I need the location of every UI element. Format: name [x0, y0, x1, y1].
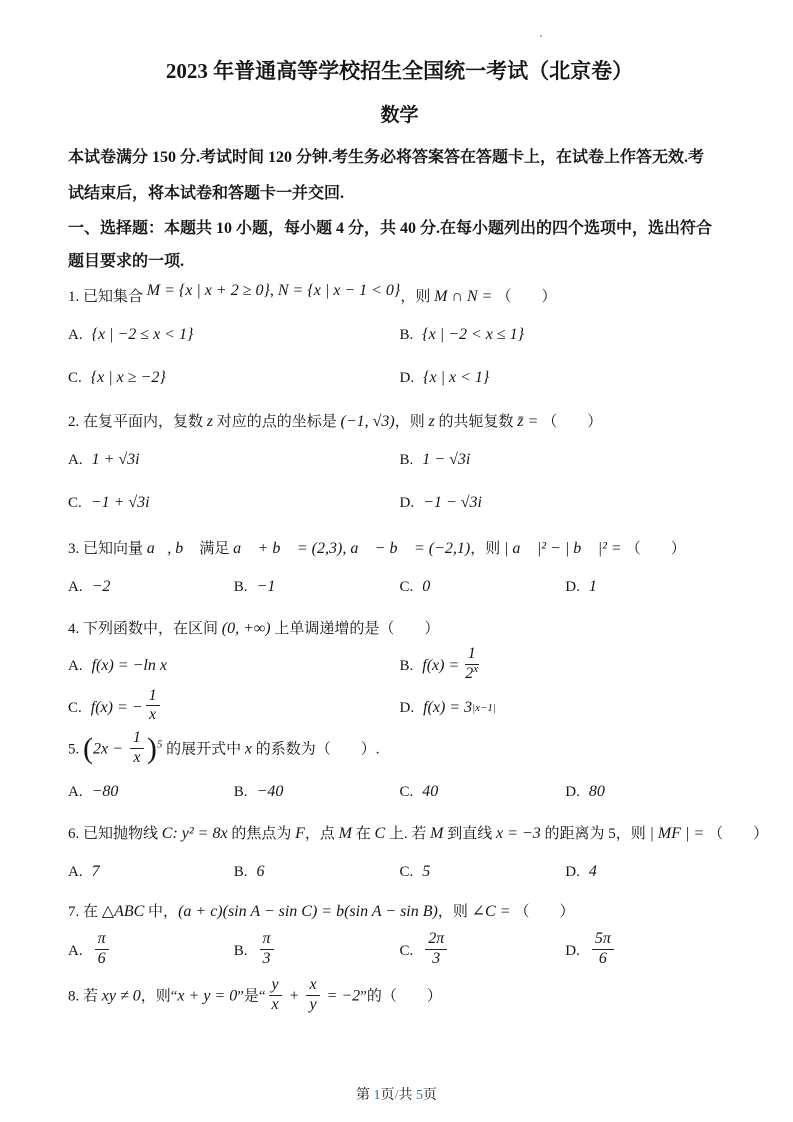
text-run: 上. 若 — [385, 826, 430, 842]
fraction-denominator: x — [269, 996, 282, 1014]
math-run: 5π — [595, 930, 611, 947]
option-content: {x | x < 1} — [423, 363, 489, 393]
option-label: D. — [565, 777, 580, 807]
option-label: C. — [68, 488, 82, 518]
math-run: x — [245, 741, 252, 758]
math-run: x — [309, 976, 316, 993]
option-content: 6 — [257, 857, 265, 887]
math-run: 3 — [263, 950, 271, 967]
text-run: ，则 — [470, 541, 504, 557]
fraction-denominator: x — [146, 706, 159, 724]
instructions: 本试卷满分 150 分.考试时间 120 分钟.考生务必将答案答在答题卡上，在试… — [68, 140, 731, 212]
math-run: 1 — [468, 645, 476, 662]
option-content: 2π3 — [422, 933, 450, 970]
page-title: 2023 年普通高等学校招生全国统一考试（北京卷） — [68, 58, 731, 85]
math-run: 80 — [589, 777, 605, 807]
fraction-denominator: 2x — [462, 665, 481, 683]
fraction: yx — [269, 977, 282, 1014]
fraction-denominator: x — [130, 749, 143, 767]
option-content: 1 — [589, 572, 597, 602]
math-run: (−1, √3) — [341, 413, 395, 430]
text-run: ”是“ — [237, 989, 265, 1005]
math-run: −40 — [257, 777, 284, 807]
option-label: B. — [234, 936, 248, 966]
option: A.{x | −2 ≤ x < 1} — [68, 320, 400, 350]
math-run: x — [272, 996, 279, 1013]
fraction: 12x — [462, 646, 481, 683]
option-content: 7 — [92, 857, 100, 887]
stray-dot — [540, 35, 542, 37]
section-line-1: 一、选择题：本题共 10 小题，每小题 4 分，共 40 分.在每小题列出的四个… — [68, 212, 731, 245]
option-content: 0 — [422, 572, 430, 602]
footer-part-0: 第 — [356, 1088, 374, 1103]
options-grid: A.π6B.π3C.2π3D.5π6 — [68, 933, 731, 970]
option-label: C. — [68, 363, 82, 393]
text-run: 到直线 — [443, 826, 496, 842]
math-run: + — [285, 988, 304, 1005]
fraction-denominator: 3 — [429, 950, 443, 968]
text-run: 3. 已知向量 — [68, 541, 147, 557]
option-content: −1 + √3i — [91, 488, 150, 518]
text-run: ，则 — [400, 289, 434, 305]
option-label: C. — [400, 936, 414, 966]
fraction-numerator: x — [306, 977, 319, 996]
text-run: 4. 下列函数中，在区间 — [68, 621, 222, 637]
text-run: 的共轭复数 — [435, 414, 518, 430]
math-run: f(x) = 3 — [423, 693, 472, 723]
question-stem: 6. 已知抛物线 C: y² = 8x 的焦点为 F，点 M 在 C 上. 若 … — [68, 819, 731, 849]
option: B.π3 — [234, 933, 400, 970]
option-label: B. — [400, 651, 414, 681]
math-run: 2π — [428, 930, 444, 947]
math-run: △ABC — [102, 903, 145, 920]
math-run: {x | −2 < x ≤ 1} — [422, 320, 524, 350]
option: B.f(x) = 12x — [400, 648, 732, 685]
fraction-numerator: 1 — [130, 730, 144, 749]
question-stem: 3. 已知向量 a⃗, b⃗ 满足 a⃗ + b⃗ = (2,3), a⃗ − … — [68, 534, 731, 564]
math-run: f(x) = − — [91, 693, 143, 723]
document-body: { "page": { "title": "2023 年普通高等学校招生全国统一… — [0, 0, 793, 1122]
footer-part-6: 页 — [423, 1088, 437, 1103]
fraction: xy — [306, 977, 319, 1014]
page-subtitle: 数学 — [68, 103, 731, 128]
options-grid: A.f(x) = −ln xB.f(x) = 12xC.f(x) = −1xD.… — [68, 648, 731, 726]
fraction-numerator: π — [95, 931, 109, 950]
math-run: C — [374, 825, 385, 842]
text-run: （ ） — [708, 826, 768, 842]
math-run: 6 — [98, 950, 106, 967]
math-run: M — [430, 825, 443, 842]
options-grid: A.−80B.−40C.40D.80 — [68, 777, 731, 807]
math-run: y — [272, 976, 279, 993]
math-run: a⃗ + b⃗ = (2,3), a⃗ − b⃗ = (−2,1) — [233, 540, 470, 557]
math-run: π — [98, 930, 106, 947]
question-stem: 8. 若 xy ≠ 0，则“x + y = 0”是“yx + xy = −2”的… — [68, 979, 731, 1016]
question-2: 2. 在复平面内，复数 z 对应的点的坐标是 (−1, √3)，则 z 的共轭复… — [68, 407, 731, 518]
question-stem: 1. 已知集合 M = {x | x + 2 ≥ 0}, N = {x | x … — [68, 282, 731, 312]
math-run: 40 — [422, 777, 438, 807]
text-run: （ ） — [626, 541, 686, 557]
option-content: −1 — [257, 572, 276, 602]
option-label: C. — [400, 777, 414, 807]
option: C.−1 + √3i — [68, 488, 400, 518]
option-label: D. — [400, 363, 415, 393]
math-run: π — [263, 930, 271, 947]
question-stem: 7. 在 △ABC 中，(a + c)(sin A − sin C) = b(s… — [68, 897, 731, 927]
math-run: 7 — [92, 857, 100, 887]
option-label: A. — [68, 777, 83, 807]
text-run: （ ） — [514, 904, 574, 920]
options-grid: A.−2B.−1C.0D.1 — [68, 572, 731, 602]
option-content: −1 − √3i — [423, 488, 482, 518]
math-run: 1 — [589, 572, 597, 602]
math-run: 2x − — [93, 741, 127, 758]
option-content: −2 — [92, 572, 111, 602]
option-label: B. — [400, 445, 414, 475]
option: A.7 — [68, 857, 234, 887]
option-label: A. — [68, 572, 83, 602]
fraction-denominator: 6 — [596, 950, 610, 968]
option: B.1 − √3i — [400, 445, 732, 475]
exam-page: 2023 年普通高等学校招生全国统一考试（北京卷） 数学 本试卷满分 150 分… — [0, 0, 793, 1016]
text-run: 在 — [352, 826, 375, 842]
fraction-numerator: 1 — [465, 646, 479, 665]
option-content: π6 — [92, 933, 112, 970]
text-run: 中， — [144, 904, 178, 920]
text-run: 的系数为（ ）. — [252, 742, 380, 758]
math-run: z̄ = — [517, 413, 542, 430]
text-run: 7. 在 — [68, 904, 102, 920]
text-run: 满足 — [196, 541, 234, 557]
text-run: （ ） — [542, 414, 602, 430]
option: A.1 + √3i — [68, 445, 400, 475]
text-run: 对应的点的坐标是 — [213, 414, 341, 430]
fraction: π3 — [260, 931, 274, 968]
option: D.f(x) = 3|x−1| — [400, 690, 732, 727]
math-run: M ∩ N = — [434, 288, 496, 305]
option-label: A. — [68, 651, 83, 681]
option-label: B. — [234, 777, 248, 807]
fraction-denominator: 3 — [260, 950, 274, 968]
option: D.80 — [565, 777, 731, 807]
option-label: D. — [400, 693, 415, 723]
instructions-line-1: 本试卷满分 150 分.考试时间 120 分钟.考生务必将答案答在答题卡上，在试… — [68, 140, 731, 176]
text-run: ，则 — [438, 904, 472, 920]
math-run: (0, +∞) — [222, 620, 271, 637]
math-run: {x | x ≥ −2} — [91, 363, 166, 393]
options-grid: A.{x | −2 ≤ x < 1}B.{x | −2 < x ≤ 1}C.{x… — [68, 320, 731, 393]
math-run: −1 — [257, 572, 276, 602]
math-run: x — [133, 749, 140, 766]
section-line-2: 题目要求的一项. — [68, 245, 731, 278]
text-run: 8. 若 — [68, 989, 102, 1005]
option: D.−1 − √3i — [400, 488, 732, 518]
option: D.1 — [565, 572, 731, 602]
option-content: 4 — [589, 857, 597, 887]
section-heading: 一、选择题：本题共 10 小题，每小题 4 分，共 40 分.在每小题列出的四个… — [68, 212, 731, 278]
math-run: | a⃗ |² − | b⃗ |² = — [504, 540, 626, 557]
instructions-line-2: 试结束后，将本试卷和答题卡一并交回. — [68, 176, 731, 212]
option-content: f(x) = 3|x−1| — [423, 693, 496, 723]
option-content: 5π6 — [589, 933, 617, 970]
option-content: f(x) = −ln x — [92, 651, 167, 681]
math-run: x — [149, 706, 156, 723]
math-run: F — [295, 825, 305, 842]
math-run: 4 — [589, 857, 597, 887]
text-run: ，则 — [395, 414, 429, 430]
option-content: 40 — [422, 777, 438, 807]
question-7: 7. 在 △ABC 中，(a + c)(sin A − sin C) = b(s… — [68, 897, 731, 970]
question-stem: 4. 下列函数中，在区间 (0, +∞) 上单调递增的是（ ） — [68, 614, 731, 644]
questions: 1. 已知集合 M = {x | x + 2 ≥ 0}, N = {x | x … — [68, 282, 731, 1016]
option-content: 1 + √3i — [92, 445, 140, 475]
question-3: 3. 已知向量 a⃗, b⃗ 满足 a⃗ + b⃗ = (2,3), a⃗ − … — [68, 534, 731, 602]
option: B.6 — [234, 857, 400, 887]
option-content: {x | x ≥ −2} — [91, 363, 166, 393]
text-run: 6. 已知抛物线 — [68, 826, 162, 842]
superscript: x — [473, 663, 478, 675]
option-label: D. — [400, 488, 415, 518]
math-run: C: y² = 8x — [162, 825, 228, 842]
option-label: D. — [565, 936, 580, 966]
option-content: {x | −2 ≤ x < 1} — [92, 320, 194, 350]
option-content: f(x) = −1x — [91, 690, 163, 727]
fraction-denominator: 6 — [95, 950, 109, 968]
math-run: −1 − √3i — [423, 488, 482, 518]
text-run: ，则“ — [141, 989, 178, 1005]
math-run: f(x) = −ln x — [92, 651, 167, 681]
footer-part-5: 5 — [416, 1088, 423, 1103]
option-label: B. — [234, 572, 248, 602]
question-1: 1. 已知集合 M = {x | x + 2 ≥ 0}, N = {x | x … — [68, 282, 731, 393]
math-run: 1 — [149, 687, 157, 704]
text-run: 上单调递增的是（ ） — [271, 621, 440, 637]
question-stem: 2. 在复平面内，复数 z 对应的点的坐标是 (−1, √3)，则 z 的共轭复… — [68, 407, 731, 437]
option-label: C. — [400, 572, 414, 602]
footer-part-4: 共 — [398, 1088, 416, 1103]
option-content: 1 − √3i — [422, 445, 470, 475]
option: D.5π6 — [565, 933, 731, 970]
option: C.2π3 — [400, 933, 566, 970]
fraction: 1x — [146, 688, 160, 725]
option-content: 5 — [422, 857, 430, 887]
question-8: 8. 若 xy ≠ 0，则“x + y = 0”是“yx + xy = −2”的… — [68, 979, 731, 1016]
footer-part-2: 页 — [381, 1088, 395, 1103]
option-label: C. — [68, 693, 82, 723]
option-content: 80 — [589, 777, 605, 807]
fraction: 5π6 — [592, 931, 614, 968]
text-run: 2. 在复平面内，复数 — [68, 414, 207, 430]
options-grid: A.7B.6C.5D.4 — [68, 857, 731, 887]
option-content: {x | −2 < x ≤ 1} — [422, 320, 524, 350]
options-grid: A.1 + √3iB.1 − √3iC.−1 + √3iD.−1 − √3i — [68, 445, 731, 518]
option-label: B. — [234, 857, 248, 887]
option-content: −80 — [92, 777, 119, 807]
option: B.−1 — [234, 572, 400, 602]
math-run: (a + c)(sin A − sin C) = b(sin A − sin B… — [178, 903, 438, 920]
option: B.−40 — [234, 777, 400, 807]
fraction: π6 — [95, 931, 109, 968]
option: C.5 — [400, 857, 566, 887]
option-content: f(x) = 12x — [422, 648, 484, 685]
math-run: −80 — [92, 777, 119, 807]
math-run: xy ≠ 0 — [102, 988, 141, 1005]
option-label: A. — [68, 320, 83, 350]
math-run: ∠C = — [472, 903, 515, 920]
option: C.{x | x ≥ −2} — [68, 363, 400, 393]
math-run: −2 — [92, 572, 111, 602]
question-5: 5. (2x − 1x)5 的展开式中 x 的系数为（ ）.A.−80B.−40… — [68, 732, 731, 807]
text-run: 5. — [68, 742, 83, 758]
math-run: y — [309, 996, 316, 1013]
math-run: M = {x | x + 2 ≥ 0}, N = {x | x − 1 < 0} — [147, 282, 401, 299]
fraction-numerator: 5π — [592, 931, 614, 950]
fraction-numerator: 2π — [425, 931, 447, 950]
option-label: A. — [68, 857, 83, 887]
text-run: ，点 — [305, 826, 339, 842]
math-run: = −2 — [323, 988, 361, 1005]
option: B.{x | −2 < x ≤ 1} — [400, 320, 732, 350]
option: A.−2 — [68, 572, 234, 602]
math-run: 0 — [422, 572, 430, 602]
option-label: D. — [565, 572, 580, 602]
math-run: | MF | = — [649, 825, 708, 842]
math-run: 1 — [133, 729, 141, 746]
option: C.40 — [400, 777, 566, 807]
option: A.π6 — [68, 933, 234, 970]
text-run: 的距离为 5，则 — [541, 826, 650, 842]
math-run: x + y = 0 — [177, 988, 237, 1005]
option-label: D. — [565, 857, 580, 887]
option: A.f(x) = −ln x — [68, 648, 400, 685]
math-run: 1 + √3i — [92, 445, 140, 475]
page-footer: 第 1页/共 5页 — [0, 1087, 793, 1105]
text-run: 1. 已知集合 — [68, 289, 147, 305]
text-run: （ ） — [496, 289, 556, 305]
question-stem: 5. (2x − 1x)5 的展开式中 x 的系数为（ ）. — [68, 732, 731, 769]
text-run: 的焦点为 — [228, 826, 296, 842]
option: C.f(x) = −1x — [68, 690, 400, 727]
fraction-denominator: y — [306, 996, 319, 1014]
fraction-numerator: y — [269, 977, 282, 996]
option-label: C. — [400, 857, 414, 887]
option: A.−80 — [68, 777, 234, 807]
math-run: −1 + √3i — [91, 488, 150, 518]
question-6: 6. 已知抛物线 C: y² = 8x 的焦点为 F，点 M 在 C 上. 若 … — [68, 819, 731, 887]
math-run: 5 — [422, 857, 430, 887]
math-run: 6 — [599, 950, 607, 967]
fraction: 1x — [130, 730, 144, 767]
option-label: B. — [400, 320, 414, 350]
fraction-numerator: π — [260, 931, 274, 950]
question-4: 4. 下列函数中，在区间 (0, +∞) 上单调递增的是（ ）A.f(x) = … — [68, 614, 731, 726]
option-content: −40 — [257, 777, 284, 807]
option-label: A. — [68, 445, 83, 475]
math-run: x = −3 — [496, 825, 541, 842]
math-run: 3 — [432, 950, 440, 967]
option: D.4 — [565, 857, 731, 887]
math-run: M — [339, 825, 352, 842]
fraction: 2π3 — [425, 931, 447, 968]
footer-part-1: 1 — [374, 1088, 381, 1103]
math-run: 6 — [257, 857, 265, 887]
math-run: a⃗, b⃗ — [147, 540, 196, 557]
math-run: {x | x < 1} — [423, 363, 489, 393]
option-content: π3 — [257, 933, 277, 970]
text-run: ”的（ ） — [360, 989, 442, 1005]
math-run: {x | −2 ≤ x < 1} — [92, 320, 194, 350]
math-run: 1 − √3i — [422, 445, 470, 475]
math-run: f(x) = — [422, 651, 459, 681]
option: C.0 — [400, 572, 566, 602]
option-label: A. — [68, 936, 83, 966]
fraction-numerator: 1 — [146, 688, 160, 707]
option: D.{x | x < 1} — [400, 363, 732, 393]
text-run: 的展开式中 — [162, 742, 245, 758]
